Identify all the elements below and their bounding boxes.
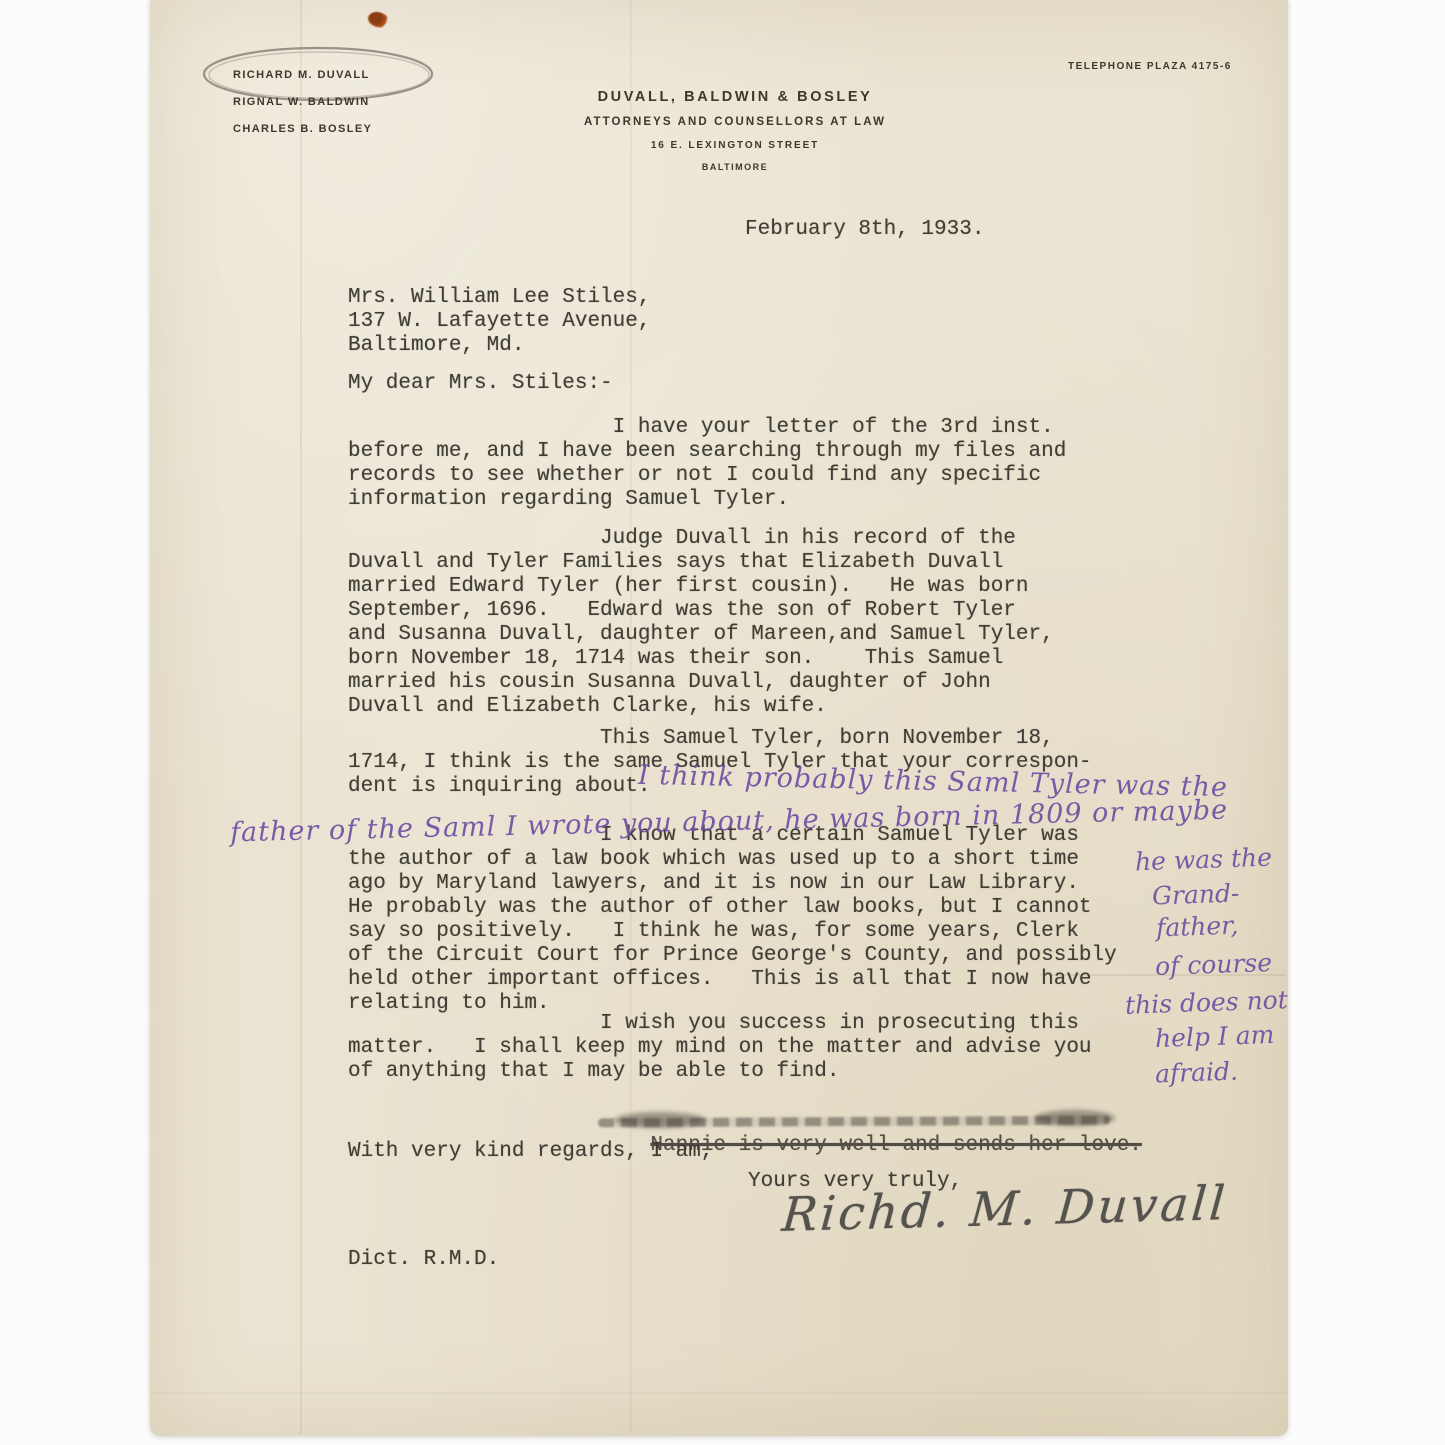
paragraph-1: I have your letter of the 3rd inst. befo…: [348, 416, 1066, 512]
telephone-number: TELEPHONE PLAZA 4175-6: [1068, 61, 1232, 72]
letter-date: February 8th, 1933.: [745, 218, 984, 242]
ink-smudge: [1035, 1110, 1115, 1126]
letterhead-firm-block: DUVALL, BALDWIN & BOSLEY ATTORNEYS AND C…: [550, 90, 920, 172]
struck-out-text: Nannie is very well and sends her love.: [650, 1134, 1141, 1157]
margin-note-line: of course: [1155, 948, 1273, 981]
firm-city: BALTIMORE: [550, 163, 920, 172]
dictation-initials: Dict. R.M.D.: [348, 1248, 499, 1272]
salutation: My dear Mrs. Stiles:-: [348, 372, 613, 396]
margin-note-line: father,: [1156, 911, 1239, 943]
fold-line-horizontal-bottom: [150, 1392, 1286, 1394]
ink-smudge: [615, 1112, 705, 1128]
recipient-address-block: Mrs. William Lee Stiles, 137 W. Lafayett…: [348, 286, 650, 358]
letterhead-partner-names: RICHARD M. DUVALL RIGNAL W. BALDWIN CHAR…: [233, 62, 372, 143]
paragraph-4: I know that a certain Samuel Tyler was t…: [348, 824, 1117, 1016]
firm-street-address: 16 E. LEXINGTON STREET: [550, 141, 920, 151]
firm-name: DUVALL, BALDWIN & BOSLEY: [550, 90, 920, 105]
pre-closing-line: With very kind regards, I am,: [348, 1140, 713, 1164]
firm-subtitle: ATTORNEYS AND COUNSELLORS AT LAW: [550, 117, 920, 129]
partner-name: RICHARD M. DUVALL: [233, 62, 372, 89]
partner-name: CHARLES B. BOSLEY: [233, 116, 372, 143]
partner-name: RIGNAL W. BALDWIN: [233, 89, 372, 116]
handwritten-signature: Richd. M. Duvall: [780, 1176, 1230, 1243]
scanned-letter-page: RICHARD M. DUVALL RIGNAL W. BALDWIN CHAR…: [0, 0, 1445, 1445]
paragraph-2: Judge Duvall in his record of the Duvall…: [348, 527, 1054, 719]
margin-note-line: he was the: [1135, 843, 1273, 877]
margin-note-line: help I am: [1155, 1020, 1275, 1053]
fold-line-vertical-left: [300, 0, 302, 1434]
margin-note-line: Grand-: [1152, 878, 1240, 910]
margin-note-line: afraid.: [1155, 1057, 1239, 1089]
paragraph-5: I wish you success in prosecuting this m…: [348, 1012, 1092, 1084]
margin-note-line: this does not: [1125, 985, 1289, 1020]
